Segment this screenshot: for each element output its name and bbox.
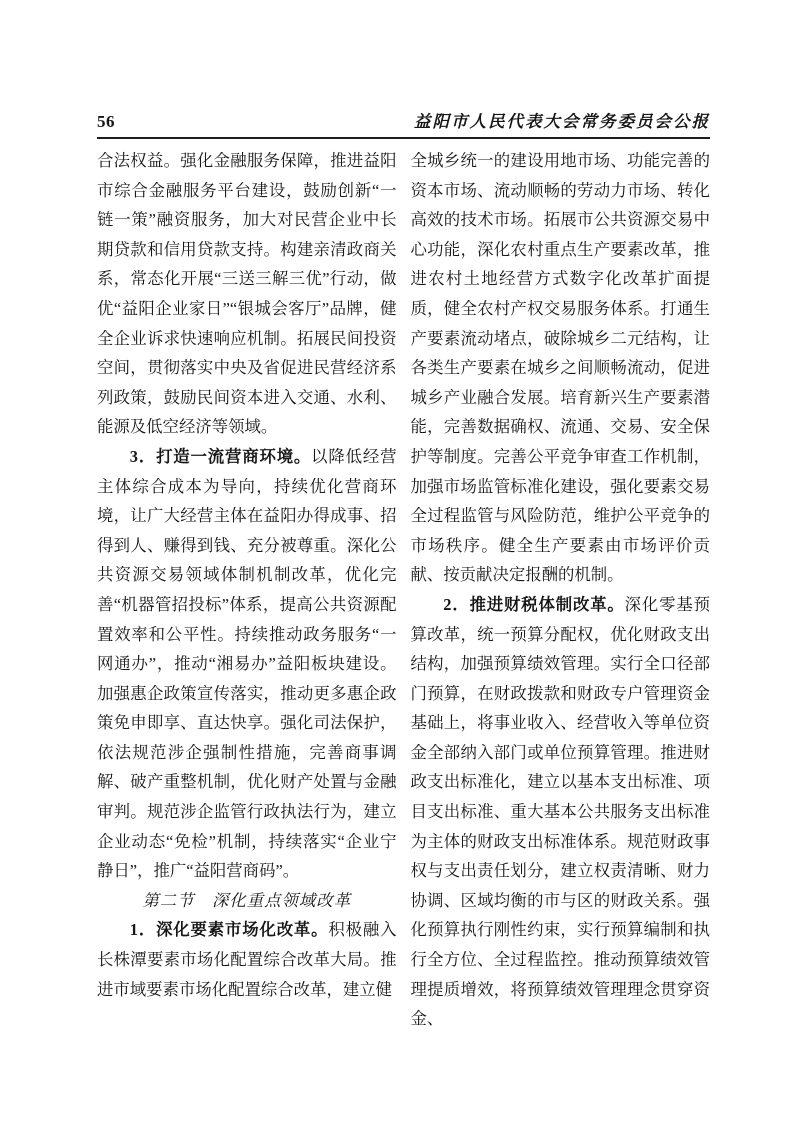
- paragraph: 1．深化要素市场化改革。积极融入长株潭要素市场化配置综合改革大局。推进市域要素市…: [97, 915, 397, 1004]
- paragraph-continuation: 合法权益。强化金融服务保障，推进益阳市综合金融服务平台建设，鼓励创新“一链一策”…: [97, 146, 397, 442]
- paragraph-lead: 3．打造一流营商环境。: [130, 447, 311, 466]
- right-column: 全城乡统一的建设用地市场、功能完善的资本市场、流动顺畅的劳动力市场、转化高效的技…: [411, 146, 711, 1034]
- page-number: 56: [97, 112, 115, 132]
- paragraph-text: 全城乡统一的建设用地市场、功能完善的资本市场、流动顺畅的劳动力市场、转化高效的技…: [411, 151, 711, 584]
- document-page: 56 益阳市人民代表大会常务委员会公报 合法权益。强化金融服务保障，推进益阳市综…: [0, 0, 794, 1122]
- journal-title: 益阳市人民代表大会常务委员会公报: [414, 108, 710, 132]
- paragraph-lead: 2．推进财税体制改革。: [443, 595, 624, 614]
- paragraph: 2．推进财税体制改革。深化零基预算改革，统一预算分配权，优化财政支出结构，加强预…: [411, 590, 711, 1034]
- paragraph-text: 以降低经营主体综合成本为导向，持续优化营商环境，让广大经营主体在益阳办得成事、招…: [97, 447, 397, 880]
- paragraph: 3．打造一流营商环境。以降低经营主体综合成本为导向，持续优化营商环境，让广大经营…: [97, 442, 397, 886]
- paragraph-continuation: 全城乡统一的建设用地市场、功能完善的资本市场、流动顺畅的劳动力市场、转化高效的技…: [411, 146, 711, 590]
- paragraph-lead: 1．深化要素市场化改革。: [130, 920, 329, 939]
- page-header: 56 益阳市人民代表大会常务委员会公报: [97, 108, 710, 139]
- section-heading: 第二节 深化重点领域改革: [97, 886, 397, 916]
- paragraph-text: 合法权益。强化金融服务保障，推进益阳市综合金融服务平台建设，鼓励创新“一链一策”…: [97, 151, 397, 436]
- paragraph-text: 深化零基预算改革，统一预算分配权，优化财政支出结构，加强预算绩效管理。实行全口径…: [411, 595, 711, 1028]
- two-column-body: 合法权益。强化金融服务保障，推进益阳市综合金融服务平台建设，鼓励创新“一链一策”…: [97, 146, 710, 1034]
- left-column: 合法权益。强化金融服务保障，推进益阳市综合金融服务平台建设，鼓励创新“一链一策”…: [97, 146, 397, 1034]
